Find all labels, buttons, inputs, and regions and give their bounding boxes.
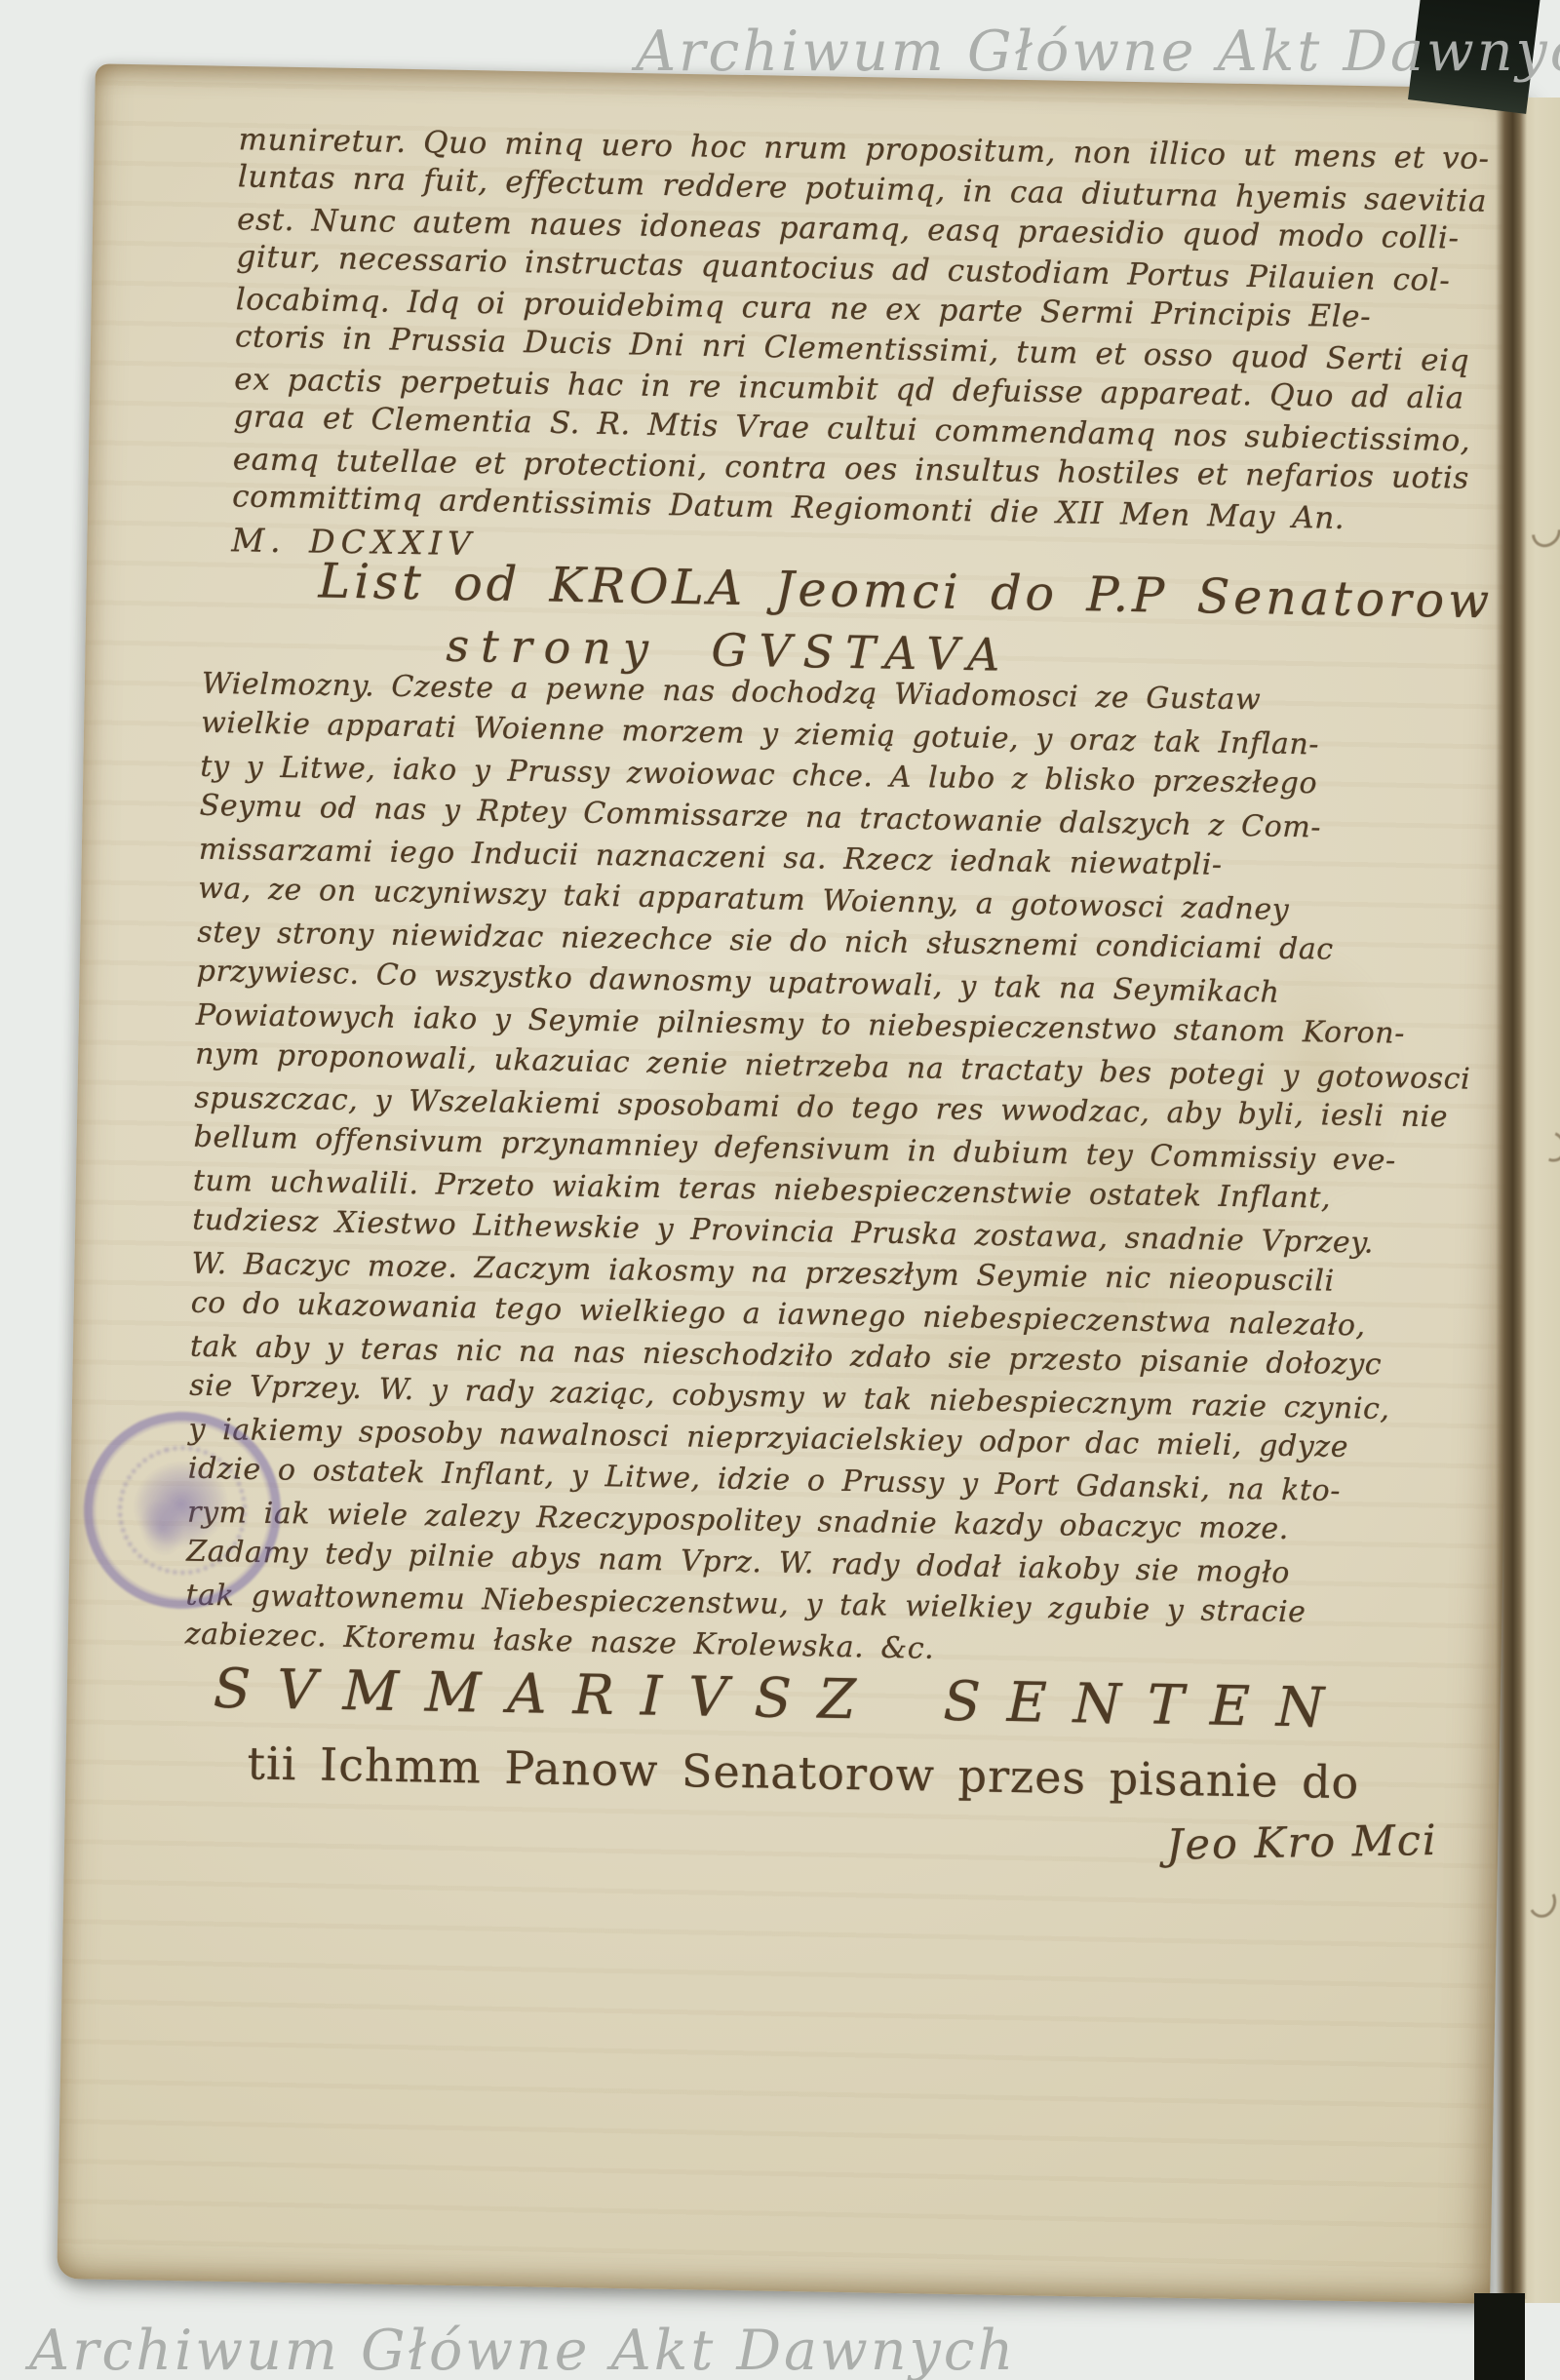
archive-stamp-center: [104, 1432, 261, 1589]
latin-letter-paragraph: muniretur. Quo minq uero hoc nrum propos…: [231, 119, 1516, 581]
summary-addressee: Jeo Kro Mci: [1166, 1815, 1499, 1870]
summary-continuation: tii Ichmm Panow Senatorow przes pisanie …: [247, 1736, 1500, 1811]
polish-letter-paragraph: Wielmozny. Czeste a pewne nas dochodzą W…: [184, 662, 1513, 1679]
adjacent-page-ink-mark: [1525, 1884, 1559, 1921]
scanned-archive-sheet: { "watermark": { "text": "Archiwum Główn…: [0, 0, 1560, 2380]
black-gap-bottom: [1474, 2293, 1525, 2380]
adjacent-page-ink-mark: [1526, 512, 1560, 554]
summary-block: SVMMARIVSZ SENTEN tii Ichmm Panow Senato…: [211, 1658, 1501, 1870]
book-gutter: [1496, 94, 1527, 2299]
adjacent-page-ink-mark: [1534, 1127, 1560, 1167]
top-watermark: Archiwum Główne Akt Dawnych: [636, 20, 1560, 84]
bottom-watermark: Archiwum Główne Akt Dawnych: [29, 2319, 1016, 2380]
manuscript-page: muniretur. Quo minq uero hoc nrum propos…: [57, 63, 1528, 2303]
